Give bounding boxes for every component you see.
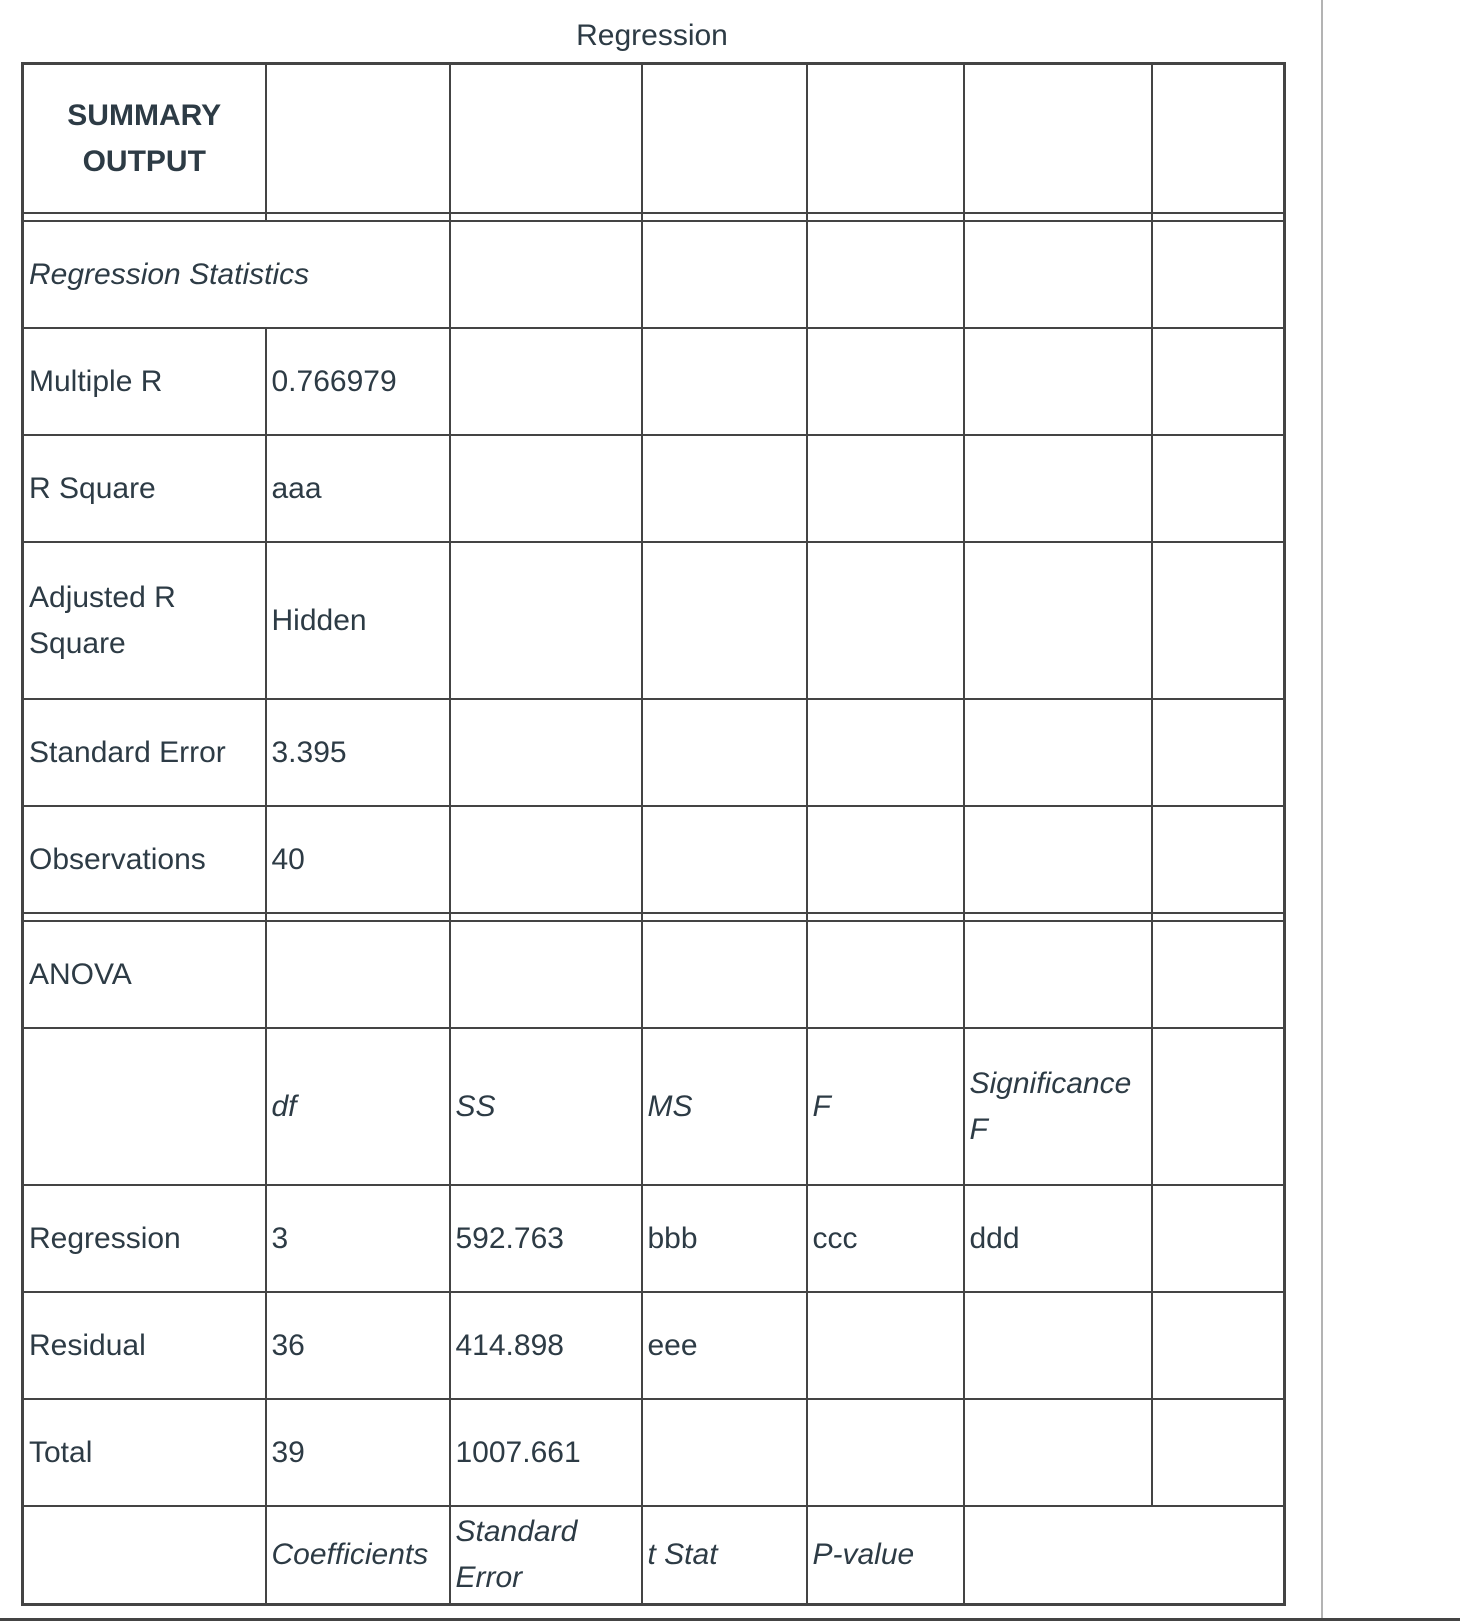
- anova-col-ms: MS: [642, 1028, 807, 1185]
- coef-col-t-stat: t Stat: [642, 1506, 807, 1605]
- anova-ss: 592.763: [450, 1185, 642, 1292]
- anova-significance-f: [964, 1399, 1152, 1506]
- stat-value: 0.766979: [266, 328, 450, 435]
- coef-col-p-value: P-value: [807, 1506, 964, 1605]
- empty-cell: [807, 221, 964, 328]
- stat-label: Adjusted R Square: [23, 542, 266, 699]
- anova-ss: 1007.661: [450, 1399, 642, 1506]
- anova-heading: ANOVA: [23, 921, 266, 1028]
- anova-df: 39: [266, 1399, 450, 1506]
- anova-ms: [642, 1399, 807, 1506]
- spacer-row: [23, 213, 1285, 221]
- regression-statistics-heading: Regression Statistics: [23, 221, 450, 328]
- anova-significance-f: ddd: [964, 1185, 1152, 1292]
- stat-row-multiple-r: Multiple R 0.766979: [23, 328, 1285, 435]
- stat-value: 3.395: [266, 699, 450, 806]
- anova-significance-f: [964, 1292, 1152, 1399]
- anova-f: [807, 1292, 964, 1399]
- summary-output-title: SUMMARYOUTPUT: [23, 64, 266, 214]
- empty-cell: [807, 64, 964, 214]
- anova-source: Regression: [23, 1185, 266, 1292]
- coefficients-header-row: Coefficients Standard Error t Stat P-val…: [23, 1506, 1285, 1605]
- anova-ss: 414.898: [450, 1292, 642, 1399]
- stat-row-r-square: R Square aaa: [23, 435, 1285, 542]
- stat-label: Multiple R: [23, 328, 266, 435]
- empty-cell: [642, 221, 807, 328]
- anova-col-df: df: [266, 1028, 450, 1185]
- stat-row-observations: Observations 40: [23, 806, 1285, 913]
- regression-output-table: SUMMARYOUTPUT Regression Statistics Mult…: [21, 62, 1286, 1606]
- anova-col-f: F: [807, 1028, 964, 1185]
- coef-col-term: [23, 1506, 266, 1605]
- stat-value: aaa: [266, 435, 450, 542]
- stat-value: Hidden: [266, 542, 450, 699]
- coef-col-empty: [964, 1506, 1285, 1605]
- stat-value: 40: [266, 806, 450, 913]
- spacer-row: [23, 913, 1285, 921]
- empty-cell: [964, 221, 1152, 328]
- anova-col-ss: SS: [450, 1028, 642, 1185]
- anova-header-row: df SS MS F Significance F: [23, 1028, 1285, 1185]
- anova-ms: bbb: [642, 1185, 807, 1292]
- anova-heading-row: ANOVA: [23, 921, 1285, 1028]
- summary-output-row: SUMMARYOUTPUT: [23, 64, 1285, 214]
- stat-label: Observations: [23, 806, 266, 913]
- stat-row-standard-error: Standard Error 3.395: [23, 699, 1285, 806]
- panel-scroll-divider: [1321, 0, 1323, 1621]
- coef-col-standard-error: Standard Error: [450, 1506, 642, 1605]
- stat-label: R Square: [23, 435, 266, 542]
- coef-col-coefficients: Coefficients: [266, 1506, 450, 1605]
- anova-col-source: [23, 1028, 266, 1185]
- empty-cell: [642, 64, 807, 214]
- table-caption: Regression: [21, 16, 1283, 56]
- anova-source: Residual: [23, 1292, 266, 1399]
- empty-cell: [964, 64, 1152, 214]
- anova-col-significance-f: Significance F: [964, 1028, 1152, 1185]
- empty-cell: [1152, 64, 1285, 214]
- anova-row-regression: Regression 3 592.763 bbb ccc ddd: [23, 1185, 1285, 1292]
- stat-label: Standard Error: [23, 699, 266, 806]
- anova-f: ccc: [807, 1185, 964, 1292]
- empty-cell: [266, 64, 450, 214]
- stat-row-adjusted-r-square: Adjusted R Square Hidden: [23, 542, 1285, 699]
- empty-cell: [450, 221, 642, 328]
- anova-df: 3: [266, 1185, 450, 1292]
- anova-f: [807, 1399, 964, 1506]
- anova-row-residual: Residual 36 414.898 eee: [23, 1292, 1285, 1399]
- anova-df: 36: [266, 1292, 450, 1399]
- empty-cell: [450, 64, 642, 214]
- empty-cell: [1152, 221, 1285, 328]
- regression-statistics-heading-row: Regression Statistics: [23, 221, 1285, 328]
- anova-ms: eee: [642, 1292, 807, 1399]
- anova-row-total: Total 39 1007.661: [23, 1399, 1285, 1506]
- anova-source: Total: [23, 1399, 266, 1506]
